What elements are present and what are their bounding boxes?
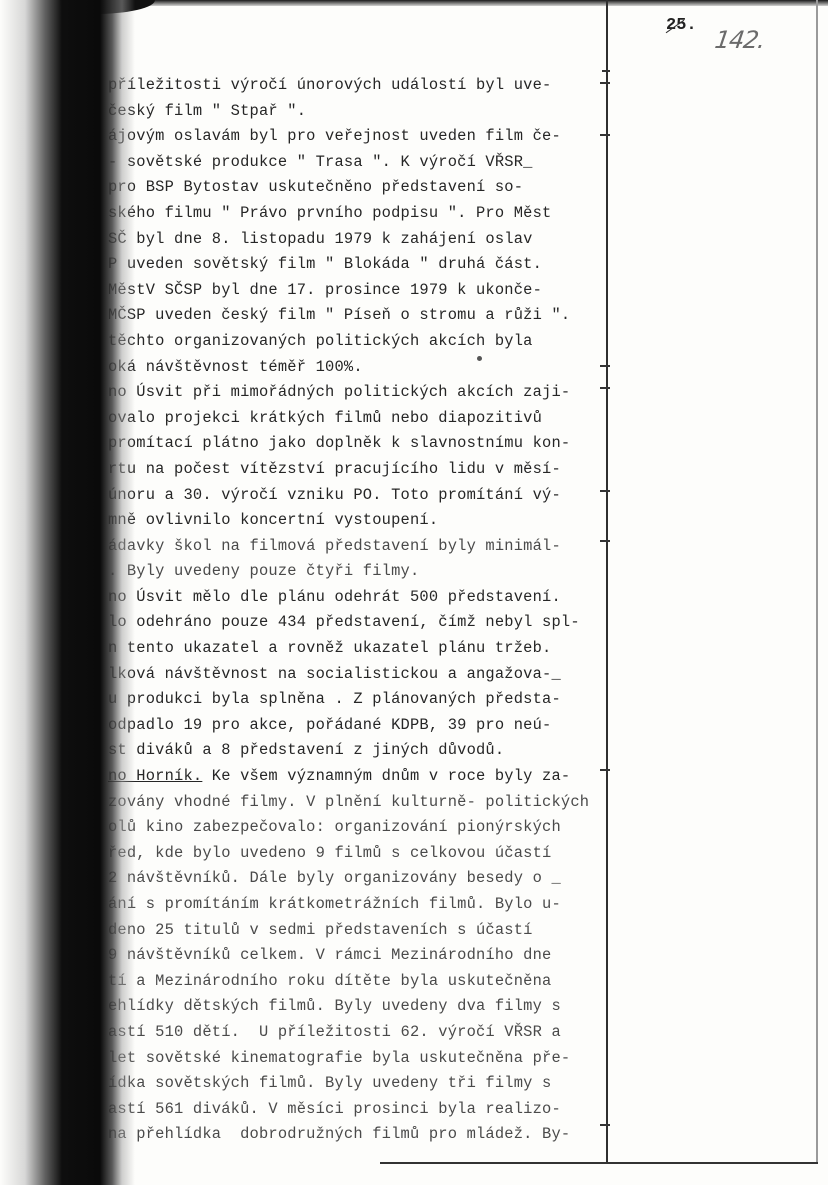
typewritten-body: příležitosti výročí únorových událostí b… [108,73,648,1148]
text-line: n tento ukazatel a rovněž ukazatel plánu… [108,636,648,662]
text-line: na přehlídka dobrodružných filmů pro mlá… [108,1122,648,1148]
text-line: promítací plátno jako doplněk k slavnost… [108,431,648,457]
text-line: astí 510 dětí. U příležitosti 62. výročí… [108,1020,648,1046]
text-line: lková návštěvnost na socialistickou a an… [108,662,648,688]
ink-spot [477,356,482,361]
text-line: . Byly uvedeny pouze čtyři filmy. [108,559,648,585]
text-line: český film " Stpař ". [108,99,648,125]
text-line: rtu na počest vítězství pracujícího lidu… [108,457,648,483]
margin-tick [602,70,610,72]
text-line: ského filmu " Právo prvního podpisu ". P… [108,201,648,227]
underlined-heading: no Horník. [108,767,202,785]
text-line: únoru a 30. výročí vzniku PO. Toto promí… [108,483,648,509]
handwritten-page-number: 142. [713,26,766,54]
heading-line-rest: Ke všem významným dnům v roce byly za- [202,767,570,785]
text-line: ádavky škol na filmová představení byly … [108,534,648,560]
text-line: zovány vhodné filmy. V plnění kulturně- … [108,790,648,816]
text-line: no Úsvit při mimořádných politických akc… [108,380,648,406]
text-line: MČSP uveden český film " Píseň o stromu … [108,303,648,329]
text-line: ovalo projekci krátkých filmů nebo diapo… [108,406,648,432]
text-line: P uveden sovětský film " Blokáda " druhá… [108,252,648,278]
text-line: ání s promítáním krátkometrážních filmů.… [108,892,648,918]
text-line: ídka sovětských filmů. Byly uvedeny tři … [108,1071,648,1097]
text-line: oká návštěvnost téměř 100%. [108,355,648,381]
text-line: těchto organizovaných politických akcích… [108,329,648,355]
text-line: 2 návštěvníků. Dále byly organizovány be… [108,866,648,892]
text-line: MěstV SČSP byl dne 17. prosince 1979 k u… [108,278,648,304]
page-curl [95,0,155,14]
right-border [816,0,818,1163]
scan-top-shadow [60,0,828,6]
bottom-rule [380,1162,818,1164]
text-line: let sovětské kinematografie byla uskuteč… [108,1046,648,1072]
text-line: lo odehráno pouze 434 představení, čímž … [108,610,648,636]
text-line: deno 25 titulů v sedmi představeních s ú… [108,918,648,944]
text-line: ájovým oslavám byl pro veřejnost uveden … [108,124,648,150]
section-heading-line: no Horník. Ke všem významným dnům v roce… [108,764,648,790]
scanned-document-page: 25. 142. příležitosti výročí únorových u… [0,0,828,1185]
text-line: ehlídky dětských filmů. Byly uvedeny dva… [108,994,648,1020]
text-line: příležitosti výročí únorových událostí b… [108,73,648,99]
text-line: odpadlo 19 pro akce, pořádané KDPB, 39 p… [108,713,648,739]
text-line: 9 návštěvníků celkem. V rámci Mezinárodn… [108,943,648,969]
text-line: olů kino zabezpečovalo: organizování pio… [108,815,648,841]
text-line: tí a Mezinárodního roku dítěte byla usku… [108,969,648,995]
text-line: mně ovlivnilo koncertní vystoupení. [108,508,648,534]
text-line: pro BSP Bytostav uskutečněno představení… [108,175,648,201]
text-line: no Úsvit mělo dle plánu odehrát 500 před… [108,585,648,611]
text-line: u produkci byla splněna . Z plánovaných … [108,687,648,713]
text-line: astí 561 diváků. V měsíci prosinci byla … [108,1097,648,1123]
text-line: SČ byl dne 8. listopadu 1979 k zahájení … [108,227,648,253]
text-line: - sovětské produkce " Trasa ". K výročí … [108,150,648,176]
text-line: řed, kde bylo uvedeno 9 filmů s celkovou… [108,841,648,867]
typed-page-number: 25. [666,16,697,35]
text-line: st diváků a 8 představení z jiných důvod… [108,738,648,764]
